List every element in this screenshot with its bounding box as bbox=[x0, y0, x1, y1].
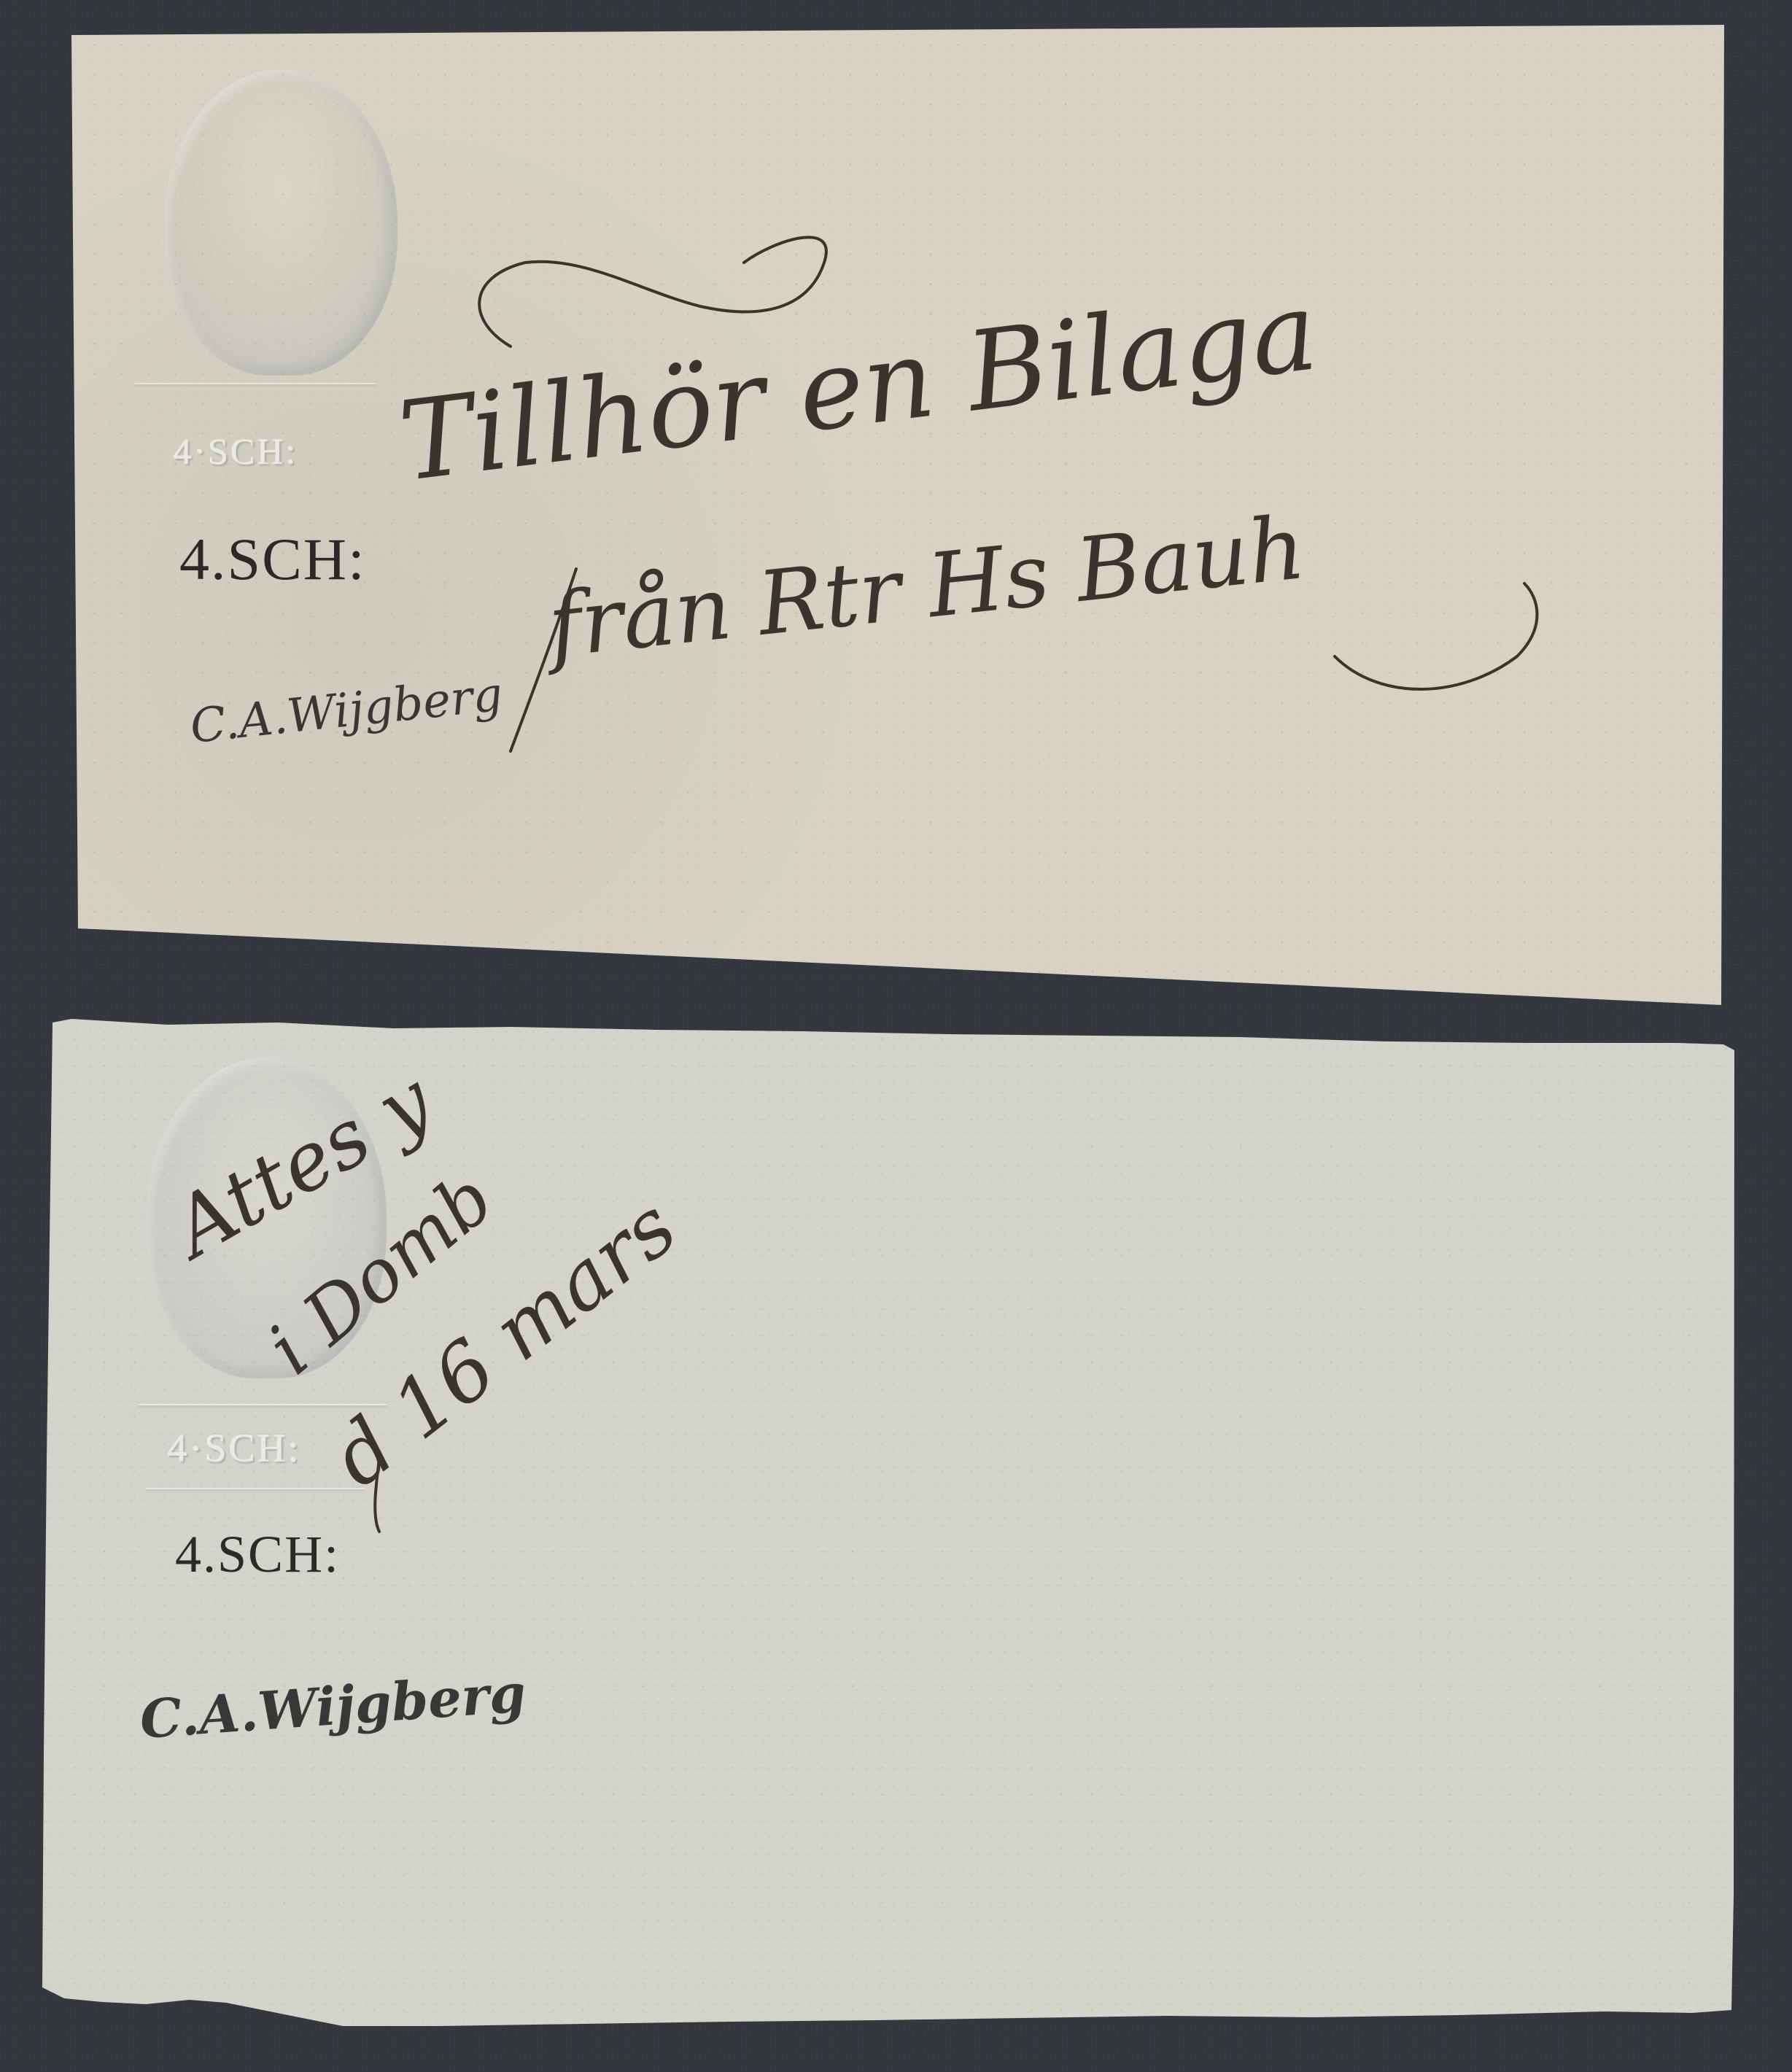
scanned-archive-sheet: 4·SCH: 4.SCH: C.A.Wijgberg Tillhör en Bi… bbox=[0, 0, 1792, 2072]
printed-denomination-stamp: 4.SCH: bbox=[175, 1524, 340, 1585]
emboss-rule bbox=[146, 1488, 365, 1489]
stamped-paper-lower: 4·SCH: 4.SCH: C.A.Wijgberg Attes y i Dom… bbox=[0, 0, 1792, 2072]
embossed-denomination: 4·SCH: bbox=[168, 1426, 301, 1471]
paper-surface bbox=[0, 0, 1792, 2072]
